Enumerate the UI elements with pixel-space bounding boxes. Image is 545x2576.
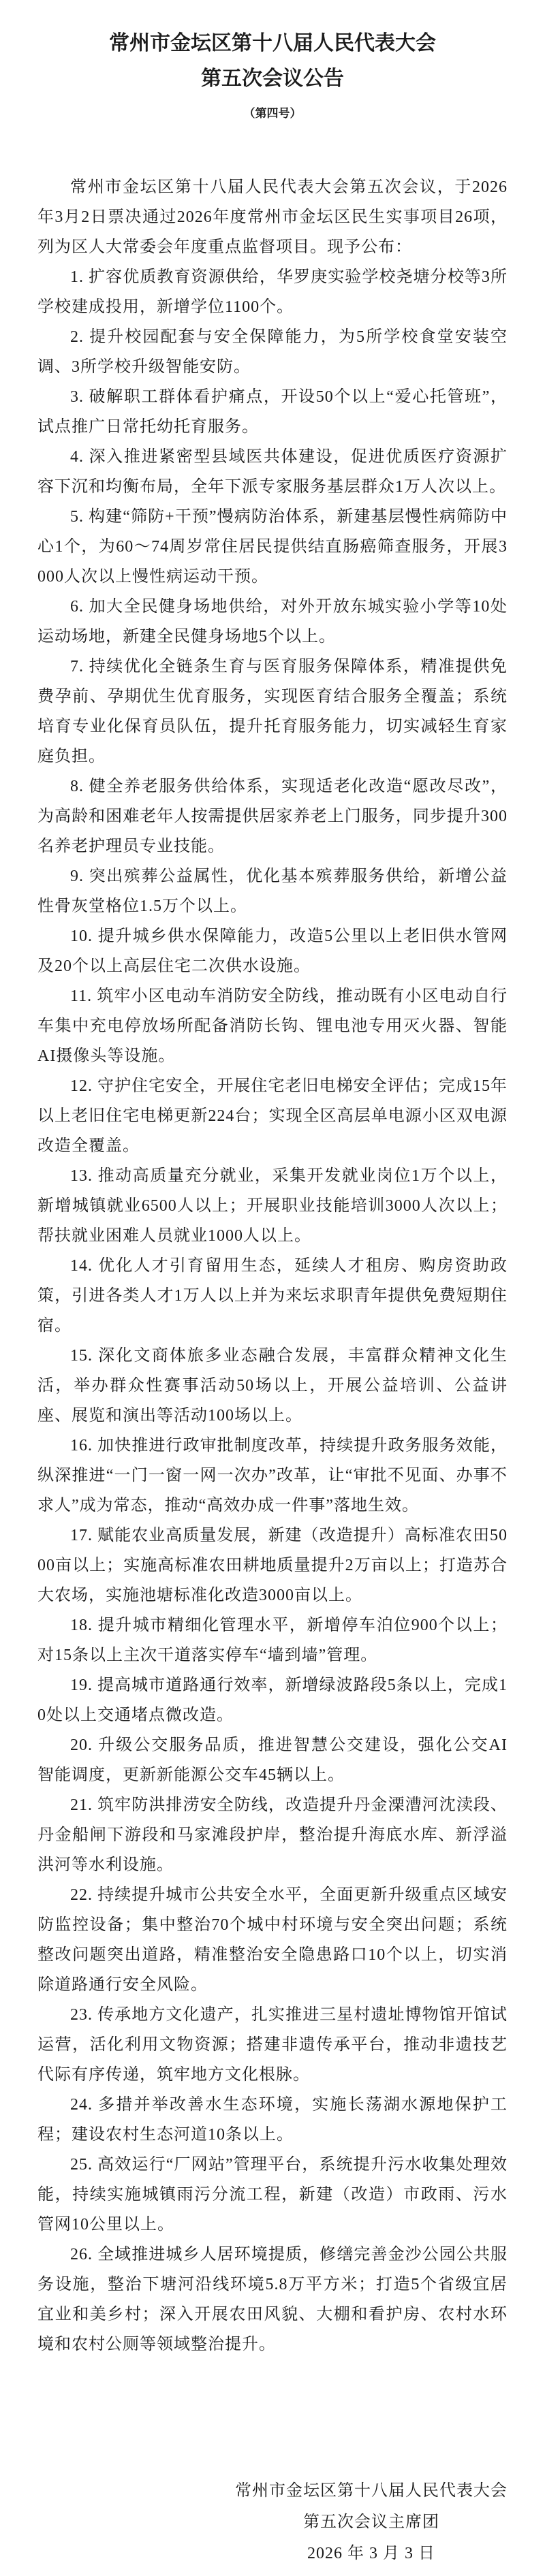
notice-item-18: 18. 提升城市精细化管理水平，新增停车泊位900个以上；对15条以上主次干道落… bbox=[37, 1610, 508, 1670]
notice-item-22: 22. 持续提升城市公共安全水平，全面更新升级重点区域安防监控设备；集中整治70… bbox=[37, 1880, 508, 2000]
notice-item-24: 24. 多措并举改善水生态环境，实施长荡湖水源地保护工程；建设农村生态河道10条… bbox=[37, 2090, 508, 2150]
notice-title: 常州市金坛区第十八届人民代表大会 第五次会议公告 bbox=[37, 26, 508, 97]
notice-item-2: 2. 提升校园配套与安全保障能力，为5所学校食堂安装空调、3所学校升级智能安防。 bbox=[37, 322, 508, 382]
notice-item-17: 17. 赋能农业高质量发展，新建（改造提升）高标准农田5000亩以上；实施高标准… bbox=[37, 1521, 508, 1610]
signature-org-line2: 第五次会议主席团 bbox=[235, 2507, 508, 2538]
notice-item-9: 9. 突出殡葬公益属性，优化基本殡葬服务供给，新增公益性骨灰堂格位1.5万个以上… bbox=[37, 861, 508, 921]
notice-title-line1: 常州市金坛区第十八届人民代表大会 bbox=[37, 26, 508, 61]
notice-item-23: 23. 传承地方文化遗产，扎实推进三星村遗址博物馆开馆试运营，活化利用文物资源；… bbox=[37, 2000, 508, 2090]
notice-item-4: 4. 深入推进紧密型县域医共体建设，促进优质医疗资源扩容下沉和均衡布局，全年下派… bbox=[37, 442, 508, 502]
signature-org-line1: 常州市金坛区第十八届人民代表大会 bbox=[235, 2475, 508, 2507]
notice-item-26: 26. 全域推进城乡人居环境提质，修缮完善金沙公园公共服务设施，整治下塘河沿线环… bbox=[37, 2240, 508, 2359]
notice-item-5: 5. 构建“筛防+干预”慢病防治体系，新建基层慢性病筛防中心1个，为60～74周… bbox=[37, 502, 508, 592]
notice-item-1: 1. 扩容优质教育资源供给，华罗庚实验学校尧塘分校等3所学校建成投用，新增学位1… bbox=[37, 262, 508, 322]
notice-item-15: 15. 深化文商体旅多业态融合发展，丰富群众精神文化生活，举办群众性赛事活动50… bbox=[37, 1341, 508, 1431]
notice-item-21: 21. 筑牢防洪排涝安全防线，改造提升丹金溧漕河沈渎段、丹金船闸下游段和马家滩段… bbox=[37, 1790, 508, 1880]
notice-item-3: 3. 破解职工群体看护痛点，开设50个以上“爱心托管班”，试点推广日常托幼托育服… bbox=[37, 382, 508, 442]
notice-item-12: 12. 守护住宅安全，开展住宅老旧电梯安全评估；完成15年以上老旧住宅电梯更新2… bbox=[37, 1071, 508, 1161]
notice-item-13: 13. 推动高质量充分就业，采集开发就业岗位1万个以上，新增城镇就业6500人以… bbox=[37, 1161, 508, 1251]
notice-item-6: 6. 加大全民健身场地供给，对外开放东城实验小学等10处运动场地，新建全民健身场… bbox=[37, 592, 508, 652]
notice-item-8: 8. 健全养老服务供给体系，实现适老化改造“愿改尽改”，为高龄和困难老年人按需提… bbox=[37, 772, 508, 861]
doc-number: （第四号） bbox=[37, 106, 508, 122]
notice-page: 常州市金坛区第十八届人民代表大会 第五次会议公告 （第四号） 常州市金坛区第十八… bbox=[0, 0, 545, 2576]
notice-header: 常州市金坛区第十八届人民代表大会 第五次会议公告 （第四号） bbox=[37, 26, 508, 122]
notice-item-16: 16. 加快推进行政审批制度改革，持续提升政务服务效能，纵深推进“一门一窗一网一… bbox=[37, 1431, 508, 1521]
notice-item-11: 11. 筑牢小区电动车消防安全防线，推动既有小区电动自行车集中充电停放场所配备消… bbox=[37, 981, 508, 1071]
intro-paragraph: 常州市金坛区第十八届人民代表大会第五次会议，于2026年3月2日票决通过2026… bbox=[37, 172, 508, 262]
notice-body: 常州市金坛区第十八届人民代表大会第五次会议，于2026年3月2日票决通过2026… bbox=[37, 172, 508, 2359]
signature-block: 常州市金坛区第十八届人民代表大会 第五次会议主席团 2026 年 3 月 3 日 bbox=[235, 2475, 508, 2569]
notice-title-line2: 第五次会议公告 bbox=[37, 61, 508, 97]
notice-item-19: 19. 提高城市道路通行效率，新增绿波路段5条以上，完成10处以上交通堵点微改造… bbox=[37, 1670, 508, 1730]
notice-item-7: 7. 持续优化全链条生育与医育服务保障体系，精准提供免费孕前、孕期优生优育服务，… bbox=[37, 652, 508, 772]
signature-date: 2026 年 3 月 3 日 bbox=[235, 2538, 508, 2569]
notice-item-25: 25. 高效运行“厂网站”管理平台，系统提升污水收集处理效能，持续实施城镇雨污分… bbox=[37, 2150, 508, 2240]
notice-item-10: 10. 提升城乡供水保障能力，改造5公里以上老旧供水管网及20个以上高层住宅二次… bbox=[37, 921, 508, 981]
notice-item-20: 20. 升级公交服务品质，推进智慧公交建设，强化公交AI智能调度，更新新能源公交… bbox=[37, 1730, 508, 1790]
notice-item-14: 14. 优化人才引育留用生态，延续人才租房、购房资助政策，引进各类人才1万人以上… bbox=[37, 1251, 508, 1341]
